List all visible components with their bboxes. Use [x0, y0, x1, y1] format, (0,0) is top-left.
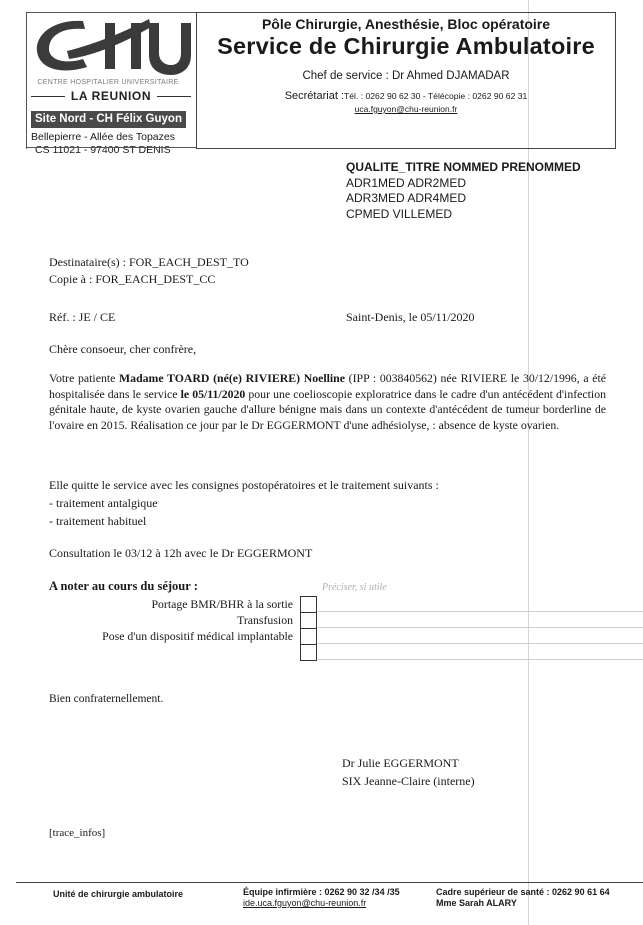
- destinataires: Destinataire(s) : FOR_EACH_DEST_TO: [49, 255, 249, 270]
- logo-subtitle: CENTRE HOSPITALIER UNIVERSITAIRE: [27, 79, 189, 86]
- address-line-2: CS 11021 - 97400 ST DENIS: [35, 144, 205, 156]
- nurses-phone: Équipe infirmière : 0262 90 32 /34 /35: [243, 887, 400, 898]
- reference: Réf. : JE / CE: [49, 310, 115, 325]
- checklist-label-implant: Pose d'un dispositif médical implantable: [102, 629, 293, 644]
- footer-nurses: Équipe infirmière : 0262 90 32 /34 /35 i…: [243, 887, 400, 909]
- checkbox-other[interactable]: [300, 644, 317, 661]
- admission-date: le 05/11/2020: [181, 387, 246, 401]
- signature-intern: SIX Jeanne-Claire (interne): [342, 774, 475, 789]
- trace-infos: [trace_infos]: [49, 826, 105, 841]
- consultation-info: Consultation le 03/12 à 12h avec le Dr E…: [49, 546, 312, 561]
- note-line-bmr[interactable]: [318, 611, 643, 612]
- recipient-name: QUALITE_TITRE NOMMED PRENOMMED: [346, 160, 581, 176]
- recipient-address-line: ADR3MED ADR4MED: [346, 191, 581, 207]
- patient-name: Madame TOARD (né(e) RIVIERE) Noelline: [119, 371, 345, 385]
- site-banner: Site Nord - CH Félix Guyon: [31, 111, 186, 128]
- discharge-intro: Elle quitte le service avec les consigne…: [49, 478, 439, 493]
- copie: Copie à : FOR_EACH_DEST_CC: [49, 272, 215, 287]
- place-date: Saint-Denis, le 05/11/2020: [346, 310, 475, 325]
- checklist-label-bmr: Portage BMR/BHR à la sortie: [151, 597, 293, 612]
- checklist-label-transfusion: Transfusion: [237, 613, 293, 628]
- recipient-address-line: ADR1MED ADR2MED: [346, 176, 581, 192]
- secretariat-label: Secrétariat :: [285, 90, 344, 102]
- footer-cadre: Cadre supérieur de santé : 0262 90 61 64…: [436, 887, 610, 909]
- text: Votre patiente: [49, 371, 119, 385]
- checklist-title: A noter au cours du séjour :: [49, 579, 198, 594]
- footer-divider: [16, 882, 643, 883]
- recipient-address: QUALITE_TITRE NOMMED PRENOMMED ADR1MED A…: [346, 160, 581, 222]
- logo-region-label: LA REUNION: [71, 89, 151, 103]
- chu-logo-icon: [31, 15, 191, 77]
- footer-unit: Unité de chirurgie ambulatoire: [53, 889, 183, 900]
- hospital-logo-block: CENTRE HOSPITALIER UNIVERSITAIRE LA REUN…: [26, 12, 197, 149]
- note-line-transfusion[interactable]: [318, 627, 643, 628]
- note-line-other[interactable]: [318, 659, 643, 660]
- address-line-1: Bellepierre - Allée des Topazes: [31, 131, 201, 143]
- service-header: Pôle Chirurgie, Anesthésie, Bloc opérato…: [196, 12, 616, 149]
- service-title: Service de Chirurgie Ambulatoire: [197, 33, 615, 60]
- treatment-item: - traitement antalgique: [49, 496, 158, 511]
- closing: Bien confraternellement.: [49, 692, 163, 707]
- recipient-city: CPMED VILLEMED: [346, 207, 581, 223]
- logo-region: LA REUNION: [31, 89, 191, 103]
- chef-de-service: Chef de service : Dr Ahmed DJAMADAR: [197, 70, 615, 82]
- divider: [31, 96, 65, 97]
- note-line-implant[interactable]: [318, 643, 643, 644]
- secretariat: Secrétariat :Tél. : 0262 90 62 30 - Télé…: [197, 90, 615, 102]
- secretariat-phones: Tél. : 0262 90 62 30 - Télécopie : 0262 …: [344, 91, 527, 101]
- cadre-phone: Cadre supérieur de santé : 0262 90 61 64: [436, 887, 610, 898]
- treatment-item: - traitement habituel: [49, 514, 146, 529]
- salutation: Chère consoeur, cher confrère,: [49, 342, 196, 357]
- service-email-link[interactable]: uca.fguyon@chu-reunion.fr: [197, 104, 615, 114]
- pole-title: Pôle Chirurgie, Anesthésie, Bloc opérato…: [197, 16, 615, 32]
- signature-doctor: Dr Julie EGGERMONT: [342, 756, 459, 771]
- checkbox-transfusion[interactable]: [300, 612, 317, 629]
- checkbox-implant[interactable]: [300, 628, 317, 645]
- divider: [157, 96, 191, 97]
- checklist-hint: Préciser, si utile: [322, 582, 387, 593]
- hospitalization-summary: Votre patiente Madame TOARD (né(e) RIVIE…: [49, 371, 606, 434]
- cadre-name: Mme Sarah ALARY: [436, 898, 610, 909]
- checkbox-bmr[interactable]: [300, 596, 317, 613]
- nurses-email-link[interactable]: ide.uca.fguyon@chu-reunion.fr: [243, 898, 366, 908]
- divider: [26, 147, 196, 148]
